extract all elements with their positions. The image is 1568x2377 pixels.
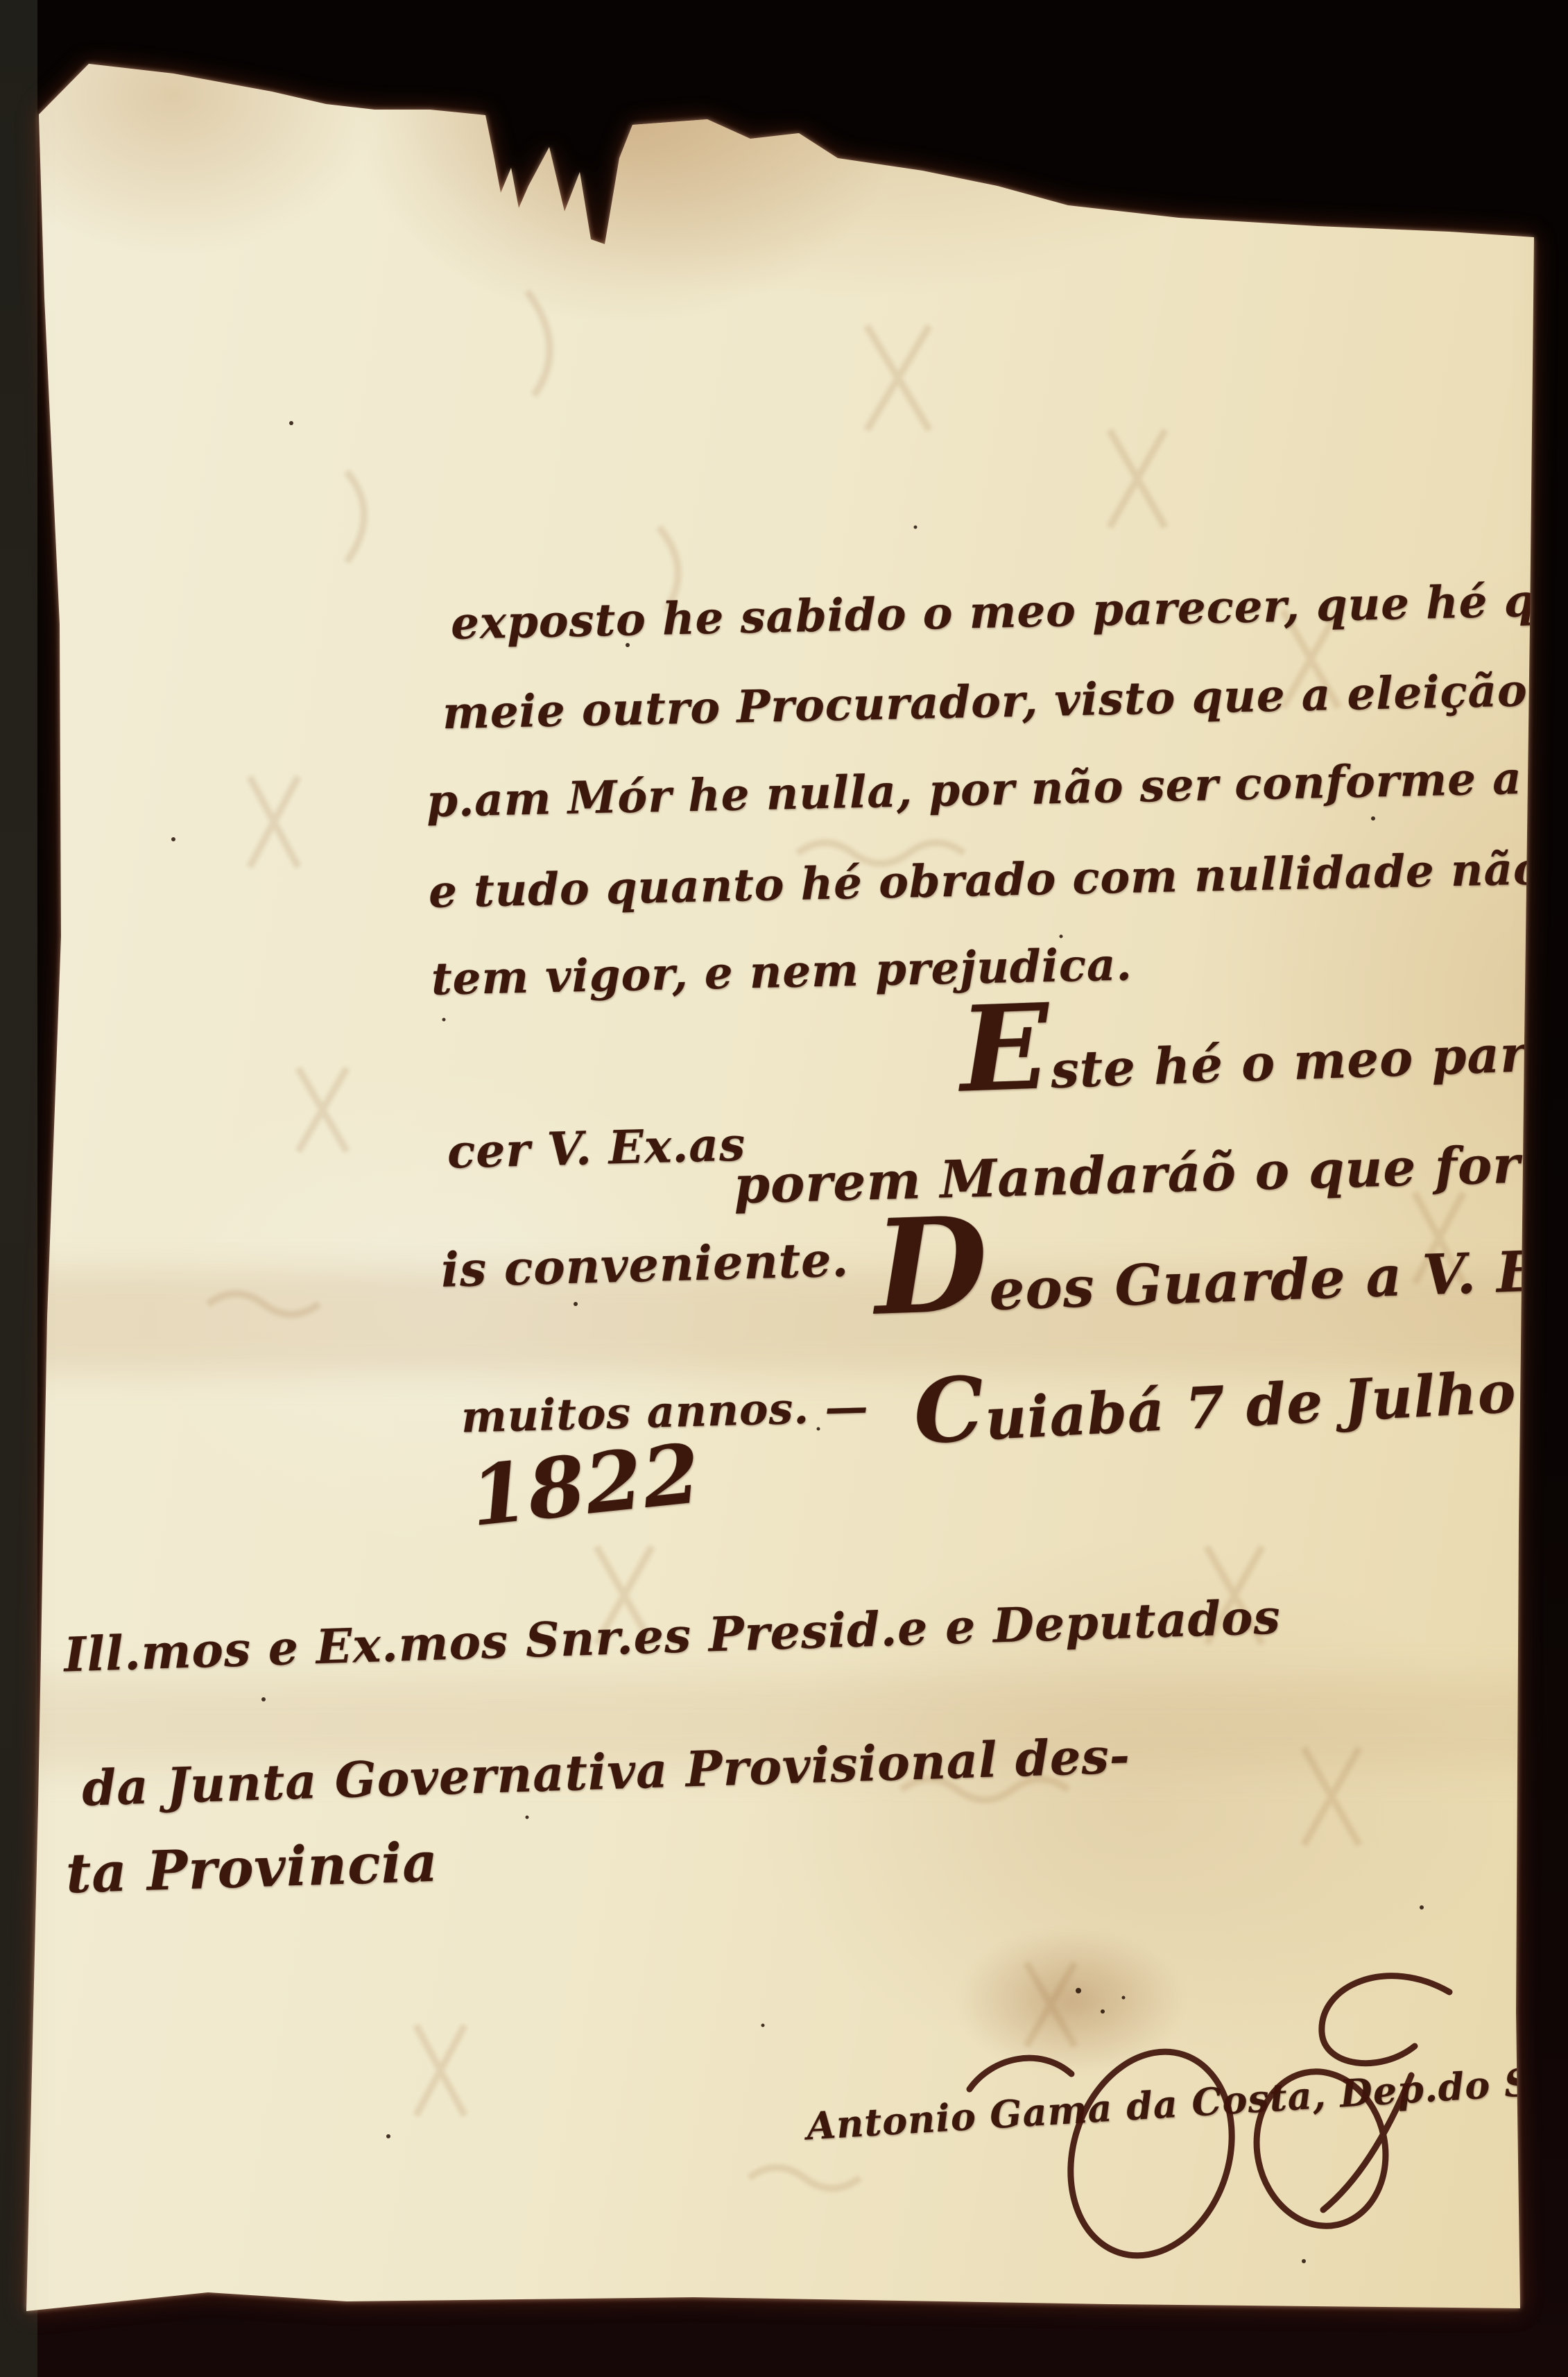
closing-porem-fragment: porem Mandaráõ o que for ma- [733,1136,1568,1212]
ink-blotch-stain [957,1928,1186,2074]
manuscript-page: exposto he sabido o meo parecer, que hé … [0,0,1568,2377]
body-line-2: meie outro Procurador, visto que a eleiç… [442,665,1568,736]
closing-deos-guarde-line: Deos Guarde a V. Ex.as [875,1235,1568,1322]
closing-place-date-line: Cuiabá 7 de Julho de [913,1359,1568,1452]
body-line-3: p.am Mór he nulla, por não ser conforme … [427,755,1568,824]
closing-year: 1822 [467,1432,705,1538]
address-line-3: ta Provincia [65,1836,439,1902]
closing-cer-fragment: cer V. Ex.as [447,1121,746,1174]
body-line-1: exposto he sabido o meo parecer, que hé … [451,574,1568,646]
address-line-1: Ill.mos e Ex.mos Snr.es Presid.e e Deput… [63,1593,1281,1679]
paper-wrap: exposto he sabido o meo parecer, que hé … [0,0,1568,2377]
address-line-2: da Junta Governativa Provisional des- [81,1731,1131,1812]
photo-of-manuscript: exposto he sabido o meo parecer, que hé … [0,0,1568,2377]
signature-line: Antonio Gama da Costa, Dep.do Secret.o [806,2054,1568,2145]
closing-este-line: Este hé o meo pare- [960,1022,1568,1098]
closing-conveniente-fragment: is conveniente. [440,1236,850,1294]
body-line-4: e tudo quanto hé obrado com nullidade nã… [429,847,1544,915]
